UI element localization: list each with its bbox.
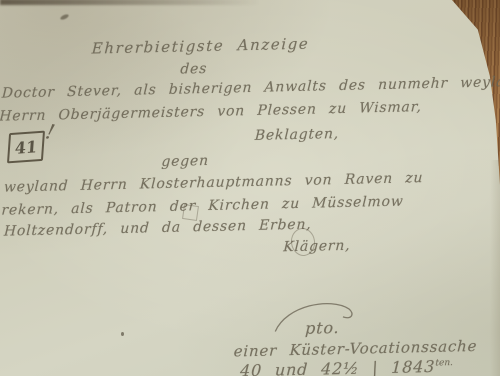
- ink-dot: [121, 332, 124, 336]
- case-number-superscript: ten.: [435, 358, 453, 368]
- word-gegen: gegen: [161, 153, 209, 170]
- handwriting-layer: Ehrerbietigste Anzeige des Doctor Stever…: [0, 0, 500, 376]
- heading-line-2: des: [180, 61, 208, 78]
- margin-number: 41: [14, 137, 38, 158]
- plaintiff-line-2: rekern, als Patron der Kirchen zu Müssel…: [1, 194, 404, 219]
- word-beklagten: Beklagten,: [254, 126, 339, 144]
- word-puncto: pto.: [305, 318, 340, 338]
- defendant-line-1: Doctor Stever, als bisherigen Anwalts de…: [1, 74, 500, 102]
- pencil-square-doodle: [182, 204, 199, 221]
- heading-line-1: Ehrerbietigste Anzeige: [91, 35, 309, 58]
- margin-number-box: 41: [7, 131, 45, 164]
- case-number-text: 40 und 42½ | 1843: [240, 357, 436, 376]
- document-photo: Ehrerbietigste Anzeige des Doctor Stever…: [0, 0, 500, 376]
- defendant-line-2: Herrn Oberjägermeisters von Plessen zu W…: [0, 99, 422, 125]
- plaintiff-line-1: weyland Herrn Klosterhauptmanns von Rave…: [4, 170, 424, 196]
- plaintiff-line-3: Holtzendorff, und da dessen Erben,: [4, 217, 312, 240]
